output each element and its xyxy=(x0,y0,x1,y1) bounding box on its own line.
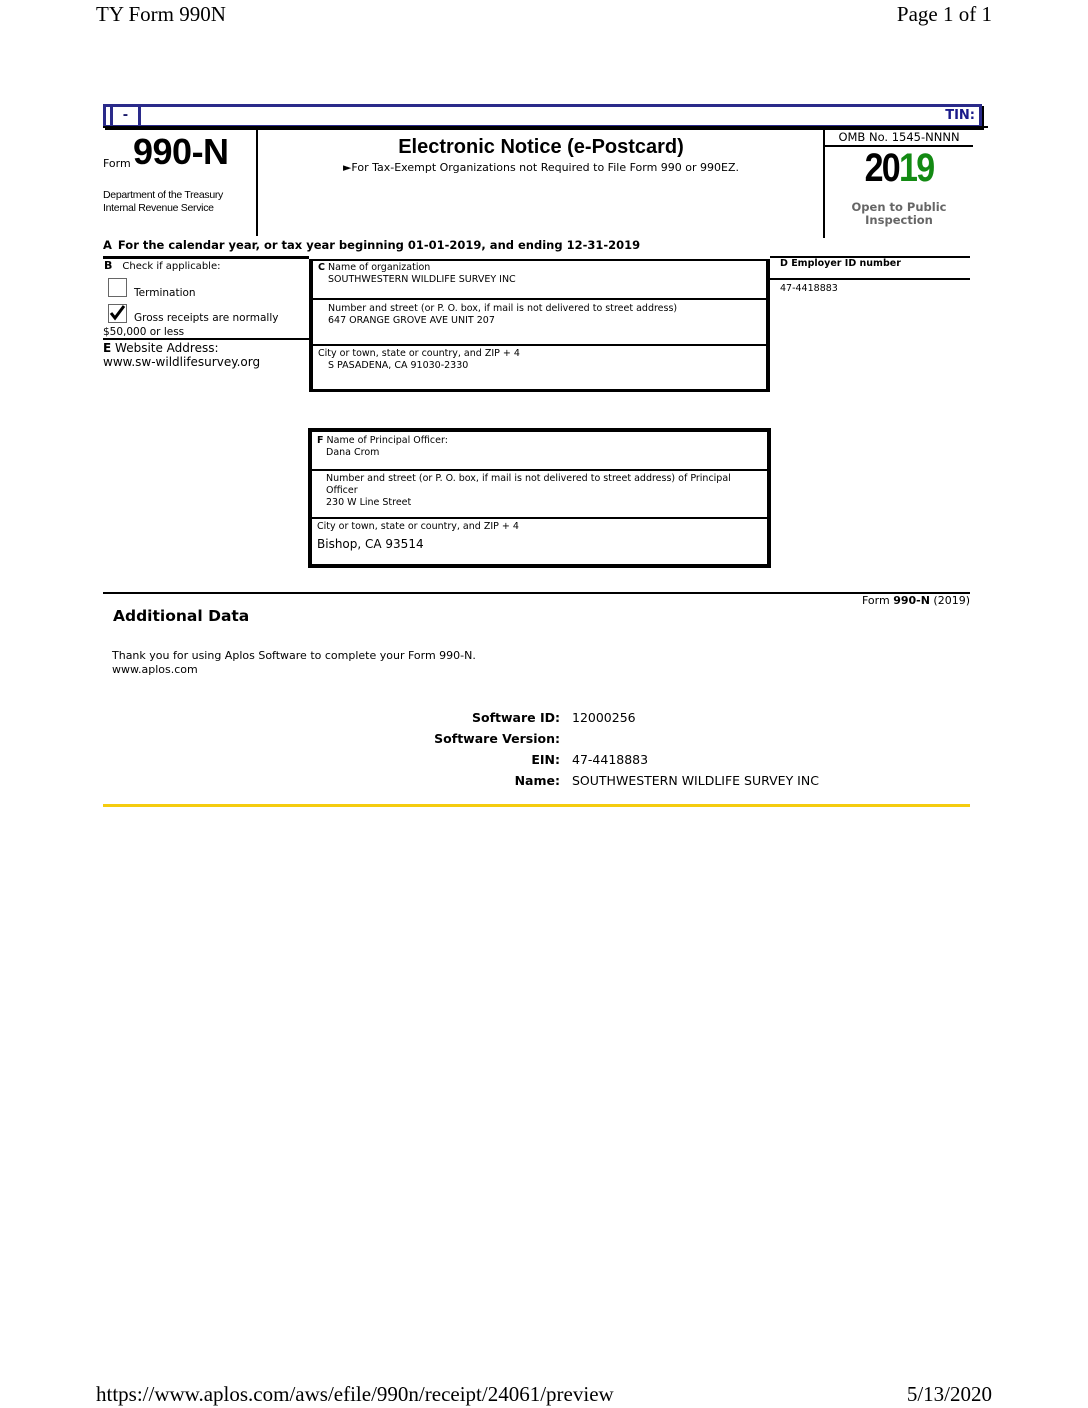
section-e-letter: E xyxy=(103,341,111,355)
software-id-key: Software ID: xyxy=(400,710,560,725)
org-name-cell: C Name of organization SOUTHWESTERN WILD… xyxy=(313,261,766,300)
officer-city-value: Bishop, CA 93514 xyxy=(312,533,767,551)
employer-id-label: D Employer ID number xyxy=(780,258,901,269)
gross-receipts-label-cont: $50,000 or less xyxy=(103,326,184,338)
form-subtitle: ►For Tax-Exempt Organizations not Requir… xyxy=(258,161,824,174)
name-value: SOUTHWESTERN WILDLIFE SURVEY INC xyxy=(572,773,819,788)
divider xyxy=(103,592,970,594)
omb-number: OMB No. 1545-NNNN xyxy=(826,130,972,144)
print-footer-date: 5/13/2020 xyxy=(907,1382,992,1407)
officer-street-label: Number and street (or P. O. box, if mail… xyxy=(312,471,767,497)
software-version-row: Software Version: xyxy=(400,728,819,749)
thanks-message: Thank you for using Aplos Software to co… xyxy=(112,649,476,677)
org-name-label: C Name of organization xyxy=(313,261,766,274)
year-suffix: 19 xyxy=(899,146,933,190)
officer-name-label: F Name of Principal Officer: xyxy=(312,432,767,447)
open-to-public-line2: Inspection xyxy=(826,214,972,227)
org-street-cell: Number and street (or P. O. box, if mail… xyxy=(313,300,766,346)
org-city-cell: City or town, state or country, and ZIP … xyxy=(313,346,766,390)
section-b-text: Check if applicable: xyxy=(122,261,220,272)
officer-street-value: 230 W Line Street xyxy=(312,497,767,509)
officer-city-cell: City or town, state or country, and ZIP … xyxy=(312,519,767,565)
software-id-value: 12000256 xyxy=(572,710,636,725)
org-city-label: City or town, state or country, and ZIP … xyxy=(313,346,766,360)
termination-checkbox[interactable] xyxy=(108,278,127,297)
form-word: Form xyxy=(103,157,131,170)
print-header-page: Page 1 of 1 xyxy=(897,2,992,27)
open-to-public: Open to Public Inspection xyxy=(826,201,972,227)
org-name-value: SOUTHWESTERN WILDLIFE SURVEY INC xyxy=(313,274,766,286)
software-version-key: Software Version: xyxy=(400,731,560,746)
name-row: Name:SOUTHWESTERN WILDLIFE SURVEY INC xyxy=(400,770,819,791)
form-footer-year: (2019) xyxy=(933,594,970,607)
divider xyxy=(103,126,988,128)
form-footer-prefix: Form xyxy=(862,594,890,607)
divider xyxy=(770,278,970,280)
principal-officer-box: F Name of Principal Officer: Dana Crom N… xyxy=(308,428,771,568)
form-footer-number: 990-N xyxy=(893,594,930,607)
section-e-text: Website Address: xyxy=(115,341,218,355)
org-street-value: 647 ORANGE GROVE AVE UNIT 207 xyxy=(313,315,766,327)
service-name: Internal Revenue Service xyxy=(103,202,223,215)
name-key: Name: xyxy=(400,773,560,788)
employer-id-value: 47-4418883 xyxy=(780,283,838,294)
org-name-label-text: Name of organization xyxy=(328,262,430,273)
termination-label: Termination xyxy=(134,287,196,299)
website-value: www.sw-wildlifesurvey.org xyxy=(103,355,260,369)
divider xyxy=(103,338,309,340)
form-title: Electronic Notice (e-Postcard) xyxy=(258,136,824,159)
line-a: AFor the calendar year, or tax year begi… xyxy=(103,238,640,252)
org-city-value: S PASADENA, CA 91030-2330 xyxy=(313,360,766,372)
department: Department of the Treasury Internal Reve… xyxy=(103,189,223,215)
gross-receipts-checkbox[interactable] xyxy=(108,304,127,323)
additional-data-title: Additional Data xyxy=(113,607,249,625)
print-header-title: TY Form 990N xyxy=(96,2,226,27)
form-number: 990-N xyxy=(133,131,229,173)
ein-row: EIN:47-4418883 xyxy=(400,749,819,770)
org-street-label: Number and street (or P. O. box, if mail… xyxy=(313,300,766,315)
section-c-letter: C xyxy=(318,262,325,273)
tax-year: 2019 xyxy=(837,146,961,191)
ein-value: 47-4418883 xyxy=(572,752,648,767)
form-footer: Form 990-N (2019) xyxy=(862,594,970,607)
section-b-label: BCheck if applicable: xyxy=(104,259,220,272)
section-e-label: E Website Address: xyxy=(103,341,219,355)
tin-label: TIN: xyxy=(945,107,975,125)
department-name: Department of the Treasury xyxy=(103,189,223,202)
thanks-text: Thank you for using Aplos Software to co… xyxy=(112,649,476,663)
tin-dash: - xyxy=(110,107,141,125)
officer-name-label-text: Name of Principal Officer: xyxy=(327,435,448,446)
tin-bar: - TIN: xyxy=(103,104,982,128)
gold-divider xyxy=(103,804,970,807)
officer-street-cell: Number and street (or P. O. box, if mail… xyxy=(312,471,767,519)
officer-name-cell: F Name of Principal Officer: Dana Crom xyxy=(312,432,767,471)
gross-receipts-label: Gross receipts are normally xyxy=(134,312,278,324)
software-info: Software ID:12000256 Software Version: E… xyxy=(400,707,819,791)
line-a-letter: A xyxy=(103,238,112,252)
aplos-link[interactable]: www.aplos.com xyxy=(112,663,476,677)
checkmark-icon xyxy=(109,304,126,322)
ein-key: EIN: xyxy=(400,752,560,767)
organization-box: C Name of organization SOUTHWESTERN WILD… xyxy=(309,259,770,392)
year-prefix: 20 xyxy=(865,146,899,190)
section-b-letter: B xyxy=(104,259,112,272)
print-footer-url: https://www.aplos.com/aws/efile/990n/rec… xyxy=(96,1382,614,1407)
officer-name-value: Dana Crom xyxy=(312,447,767,459)
line-a-text: For the calendar year, or tax year begin… xyxy=(118,238,640,252)
software-id-row: Software ID:12000256 xyxy=(400,707,819,728)
officer-city-label: City or town, state or country, and ZIP … xyxy=(312,519,767,533)
section-f-letter: F xyxy=(317,435,324,446)
